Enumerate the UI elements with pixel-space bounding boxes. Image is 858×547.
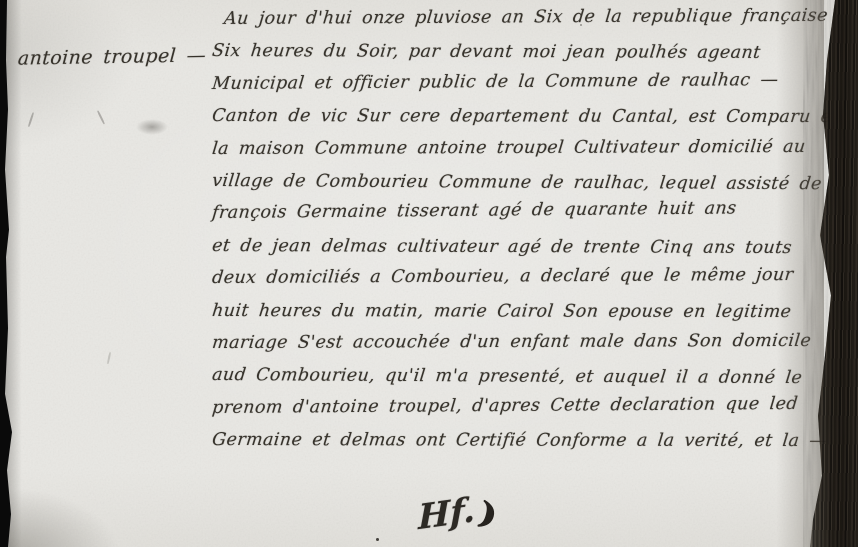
manuscript-line-7: françois Germaine tisserant agé de quara… (210, 193, 858, 231)
ink-speck (376, 538, 379, 541)
binding-gutter-shadow (768, 0, 824, 547)
paraph-mark: Hf. ) (418, 494, 496, 534)
manuscript-line-3: Municipal et officier public de la Commu… (210, 64, 858, 101)
manuscript-text-block: Au jour d'hui onze pluviose an Six de la… (212, 4, 856, 457)
manuscript-line-4: Canton de vic Sur cere departement du Ca… (210, 101, 857, 135)
manuscript-line-14: Germaine et delmas ont Certifié Conforme… (210, 425, 857, 459)
manuscript-line-9: deux domiciliés a Combourieu, a declaré … (210, 260, 858, 296)
paraph-monogram: Hf. (418, 490, 475, 538)
manuscript-line-13: prenom d'antoine troupel, d'apres Cette … (210, 388, 858, 425)
manuscript-line-11: mariage S'est accouchée d'un enfant male… (210, 326, 858, 361)
manuscript-line-5: la maison Commune antoine troupel Cultiv… (210, 131, 858, 166)
manuscript-line-1: Au jour d'hui onze pluviose an Six de la… (210, 1, 858, 37)
manuscript-scan-page: antoine troupel — Au jour d'hui onze plu… (0, 0, 858, 547)
manuscript-line-10: huit heures du matin, marie Cairol Son e… (210, 296, 857, 330)
margin-name-annotation: antoine troupel — (17, 44, 207, 69)
